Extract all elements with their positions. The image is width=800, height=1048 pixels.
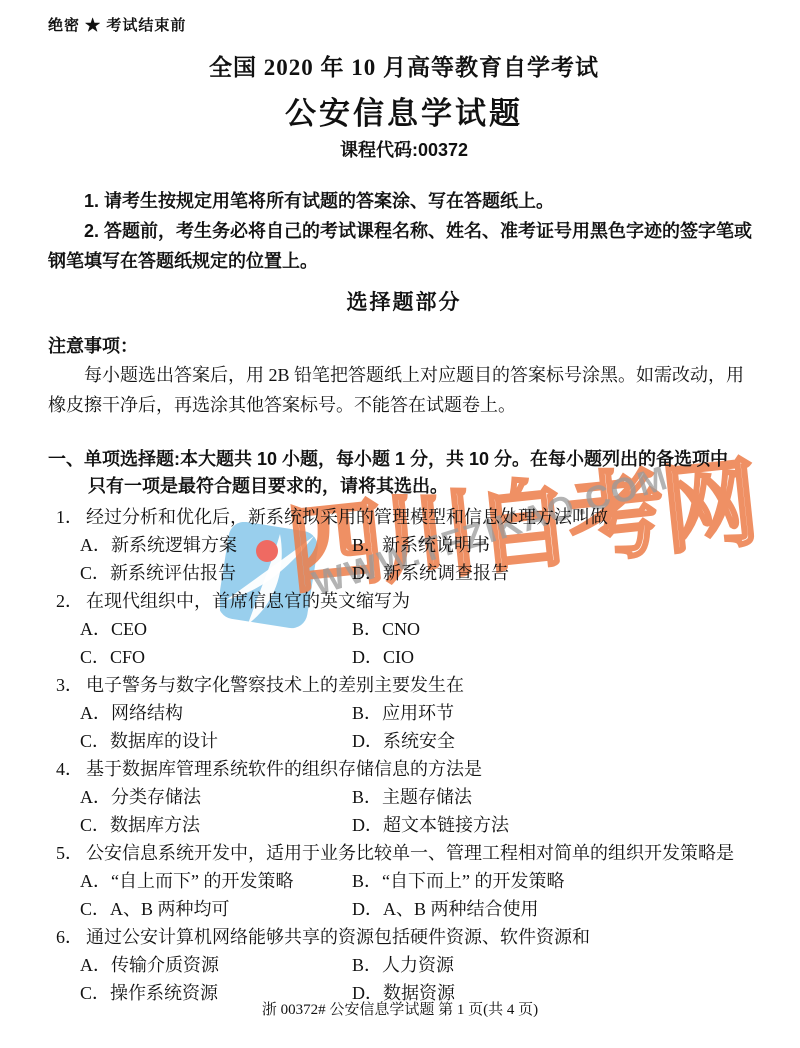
part-heading-line2: 只有一项是最符合题目要求的，请将其选出。 <box>88 473 760 500</box>
question-number: 4． <box>56 759 83 779</box>
question-options: A．新系统逻辑方案B．新系统说明书C．新系统评估报告D．新系统调查报告 <box>80 531 760 587</box>
question-block: 5．公安信息系统开发中，适用于业务比较单一、管理工程相对简单的组织开发策略是 A… <box>48 839 760 923</box>
option: C．A、B 两种均可 <box>80 895 352 923</box>
option: B．应用环节 <box>352 699 760 727</box>
classification-banner: 绝密 ★ 考试结束前 <box>48 14 760 35</box>
question-block: 4．基于数据库管理系统软件的组织存储信息的方法是 A．分类存储法B．主题存储法C… <box>48 755 760 839</box>
part-one-heading: 一、单项选择题:本大题共 10 小题，每小题 1 分，共 10 分。在每小题列出… <box>48 446 760 500</box>
option: A．传输介质资源 <box>80 951 352 979</box>
question-block: 2．在现代组织中，首席信息官的英文缩写为 A．CEOB．CNOC．CFOD．CI… <box>48 587 760 671</box>
question-options: A．CEOB．CNOC．CFOD．CIO <box>80 615 760 671</box>
option: D．系统安全 <box>352 727 760 755</box>
option: C．数据库方法 <box>80 811 352 839</box>
question-number: 3． <box>56 675 83 695</box>
course-code: 课程代码:00372 <box>48 136 760 162</box>
option: B．人力资源 <box>352 951 760 979</box>
questions-list: 1．经过分析和优化后，新系统拟采用的管理模型和信息处理方法叫做 A．新系统逻辑方… <box>48 503 760 1007</box>
option: C．新系统评估报告 <box>80 559 352 587</box>
question-text: 经过分析和优化后，新系统拟采用的管理模型和信息处理方法叫做 <box>86 507 608 527</box>
page-title: 公安信息学试题 <box>48 88 760 133</box>
question-options: A．“自上而下” 的开发策略B．“自下而上” 的开发策略C．A、B 两种均可D．… <box>80 867 760 923</box>
option: A．网络结构 <box>80 699 352 727</box>
option: A．新系统逻辑方案 <box>80 531 352 559</box>
question-options: A．网络结构B．应用环节C．数据库的设计D．系统安全 <box>80 699 760 755</box>
option: D．超文本链接方法 <box>352 811 760 839</box>
question-stem: 4．基于数据库管理系统软件的组织存储信息的方法是 <box>56 755 760 783</box>
question-text: 通过公安计算机网络能够共享的资源包括硬件资源、软件资源和 <box>86 927 590 947</box>
question-number: 2． <box>56 591 83 611</box>
option: B．新系统说明书 <box>352 531 760 559</box>
question-block: 1．经过分析和优化后，新系统拟采用的管理模型和信息处理方法叫做 A．新系统逻辑方… <box>48 503 760 587</box>
question-text: 基于数据库管理系统软件的组织存储信息的方法是 <box>86 759 482 779</box>
notes-body: 每小题选出答案后，用 2B 铅笔把答题纸上对应题目的答案标号涂黑。如需改动，用橡… <box>48 360 760 420</box>
option: D．CIO <box>352 643 760 671</box>
instructions: 1. 请考生按规定用笔将所有试题的答案涂、写在答题纸上。 2. 答题前，考生务必… <box>48 186 760 276</box>
instruction-2: 2. 答题前，考生务必将自己的考试课程名称、姓名、准考证号用黑色字迹的签字笔或钢… <box>48 216 760 276</box>
instruction-1: 1. 请考生按规定用笔将所有试题的答案涂、写在答题纸上。 <box>48 186 760 216</box>
question-stem: 6．通过公安计算机网络能够共享的资源包括硬件资源、软件资源和 <box>56 923 760 951</box>
exam-page: 绝密 ★ 考试结束前 全国 2020 年 10 月高等教育自学考试 公安信息学试… <box>0 0 800 1007</box>
option: D．A、B 两种结合使用 <box>352 895 760 923</box>
option: C．数据库的设计 <box>80 727 352 755</box>
option: A．CEO <box>80 615 352 643</box>
option: B．主题存储法 <box>352 783 760 811</box>
question-number: 5． <box>56 843 83 863</box>
question-options: A．分类存储法B．主题存储法C．数据库方法D．超文本链接方法 <box>80 783 760 839</box>
question-number: 6． <box>56 927 83 947</box>
option: C．CFO <box>80 643 352 671</box>
section-title: 选择题部分 <box>48 286 760 316</box>
notes-heading: 注意事项： <box>48 332 760 358</box>
question-text: 在现代组织中，首席信息官的英文缩写为 <box>86 591 410 611</box>
question-block: 6．通过公安计算机网络能够共享的资源包括硬件资源、软件资源和 A．传输介质资源B… <box>48 923 760 1007</box>
part-heading-line1: 一、单项选择题:本大题共 10 小题，每小题 1 分，共 10 分。在每小题列出… <box>88 446 760 473</box>
question-text: 电子警务与数字化警察技术上的差别主要发生在 <box>86 675 464 695</box>
question-stem: 2．在现代组织中，首席信息官的英文缩写为 <box>56 587 760 615</box>
option: B．CNO <box>352 615 760 643</box>
question-block: 3．电子警务与数字化警察技术上的差别主要发生在 A．网络结构B．应用环节C．数据… <box>48 671 760 755</box>
option: A．分类存储法 <box>80 783 352 811</box>
exam-session-title: 全国 2020 年 10 月高等教育自学考试 <box>48 49 760 82</box>
page-footer: 浙 00372# 公安信息学试题 第 1 页(共 4 页) <box>0 998 800 1019</box>
question-text: 公安信息系统开发中，适用于业务比较单一、管理工程相对简单的组织开发策略是 <box>86 843 734 863</box>
option: B．“自下而上” 的开发策略 <box>352 867 760 895</box>
option: A．“自上而下” 的开发策略 <box>80 867 352 895</box>
question-stem: 1．经过分析和优化后，新系统拟采用的管理模型和信息处理方法叫做 <box>56 503 760 531</box>
question-stem: 5．公安信息系统开发中，适用于业务比较单一、管理工程相对简单的组织开发策略是 <box>56 839 760 867</box>
question-number: 1． <box>56 507 83 527</box>
question-stem: 3．电子警务与数字化警察技术上的差别主要发生在 <box>56 671 760 699</box>
option: D．新系统调查报告 <box>352 559 760 587</box>
